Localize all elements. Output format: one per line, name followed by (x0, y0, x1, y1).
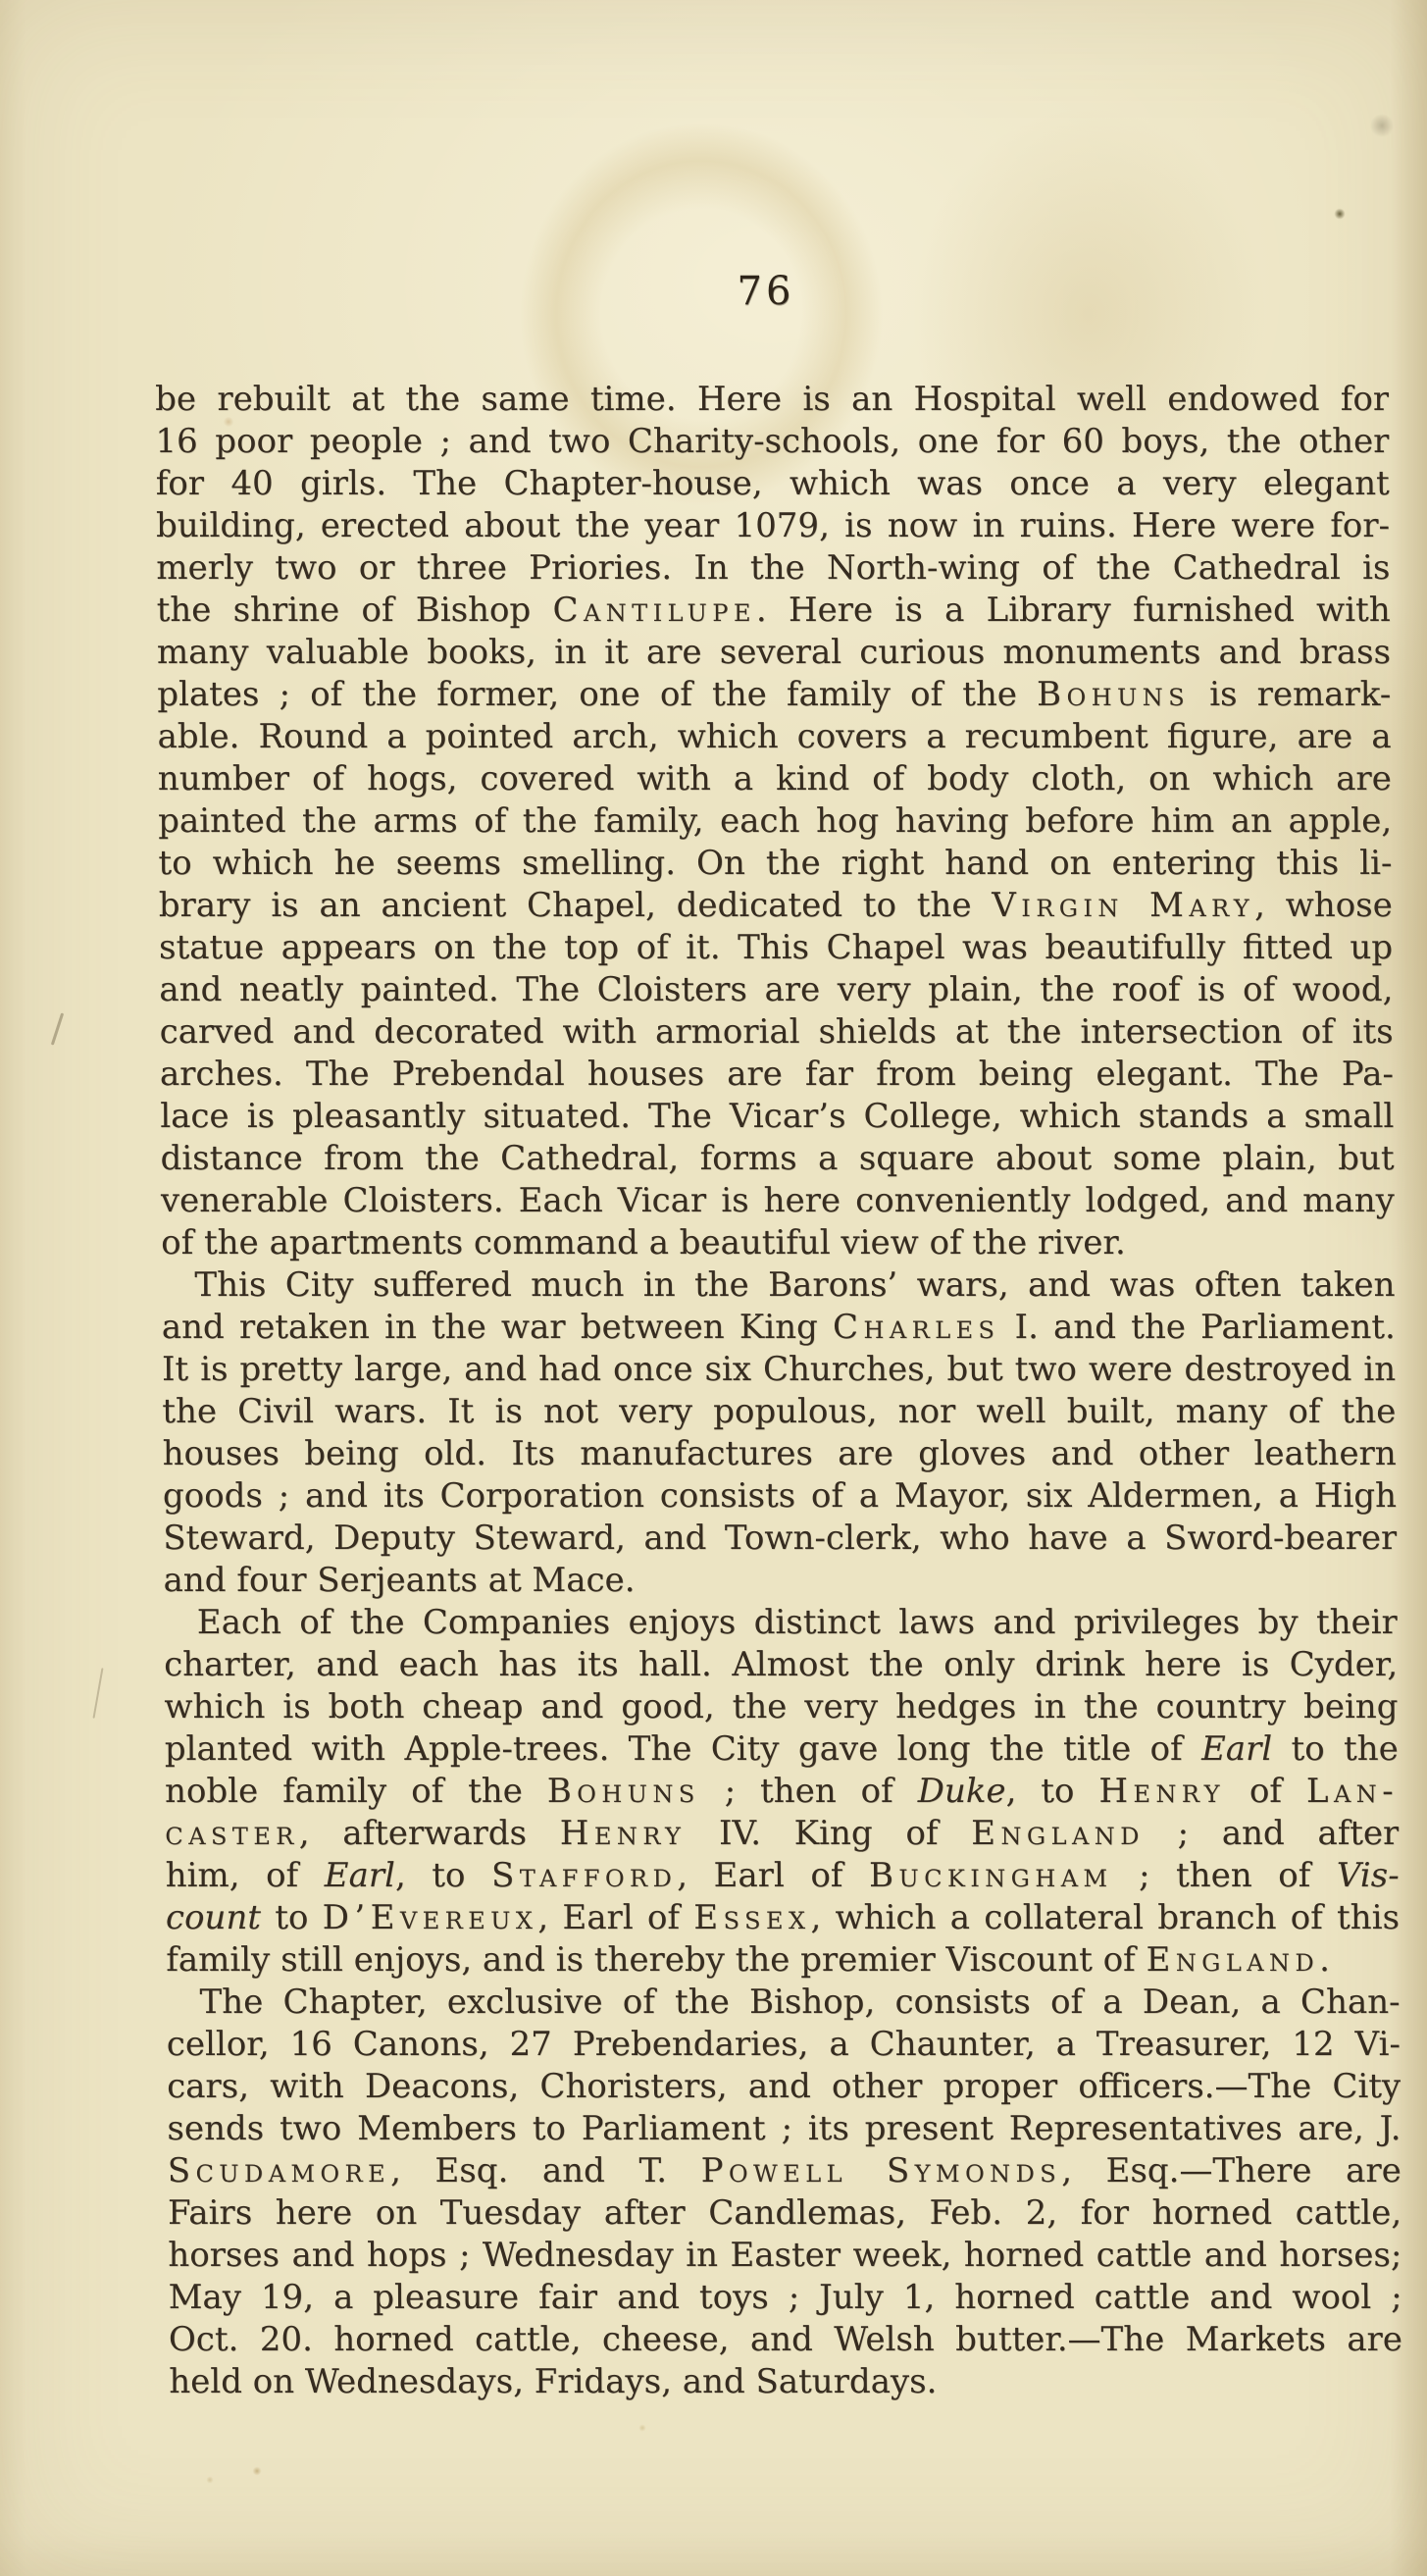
text-line: cars, with Deacons, Choristers, and othe… (167, 2066, 1401, 2108)
text-segment: houses being old. Its manufactures are g… (163, 1434, 1397, 1473)
text-line: Each of the Companies enjoys distinct la… (164, 1602, 1398, 1644)
italic-term: Earl (325, 1856, 395, 1895)
text-line: planted with Apple-trees. The City gave … (165, 1728, 1399, 1771)
text-segment: number of hogs, covered with a kind of b… (158, 759, 1392, 799)
text-line: and retaken in the war between King Char… (162, 1307, 1396, 1349)
italic-term: Duke (917, 1772, 1005, 1811)
small-caps-name: Bohuns (1037, 675, 1190, 714)
text-line: Oct. 20. horned cattle, cheese, and Wels… (169, 2319, 1402, 2361)
small-caps-name: Bohuns (547, 1772, 700, 1811)
text-segment: , to (395, 1856, 491, 1895)
text-segment: and retaken in the war between King (162, 1308, 834, 1347)
italic-term: Vis- (1337, 1856, 1400, 1895)
small-caps-name: Cantilupe (552, 591, 756, 630)
text-segment: for 40 girls. The Chapter-house, which w… (156, 464, 1390, 503)
text-segment: many valuable books, in it are several c… (157, 633, 1391, 672)
text-segment: merly two or three Priories. In the Nort… (156, 548, 1390, 588)
text-segment: painted the arms of the family, each hog… (158, 801, 1392, 841)
text-segment: , whose (1254, 886, 1393, 925)
text-segment: which is both cheap and good, the very h… (164, 1687, 1398, 1726)
text-segment: brary is an ancient Chapel, dedicated to… (159, 886, 993, 925)
text-segment: planted with Apple-trees. The City gave … (165, 1729, 1202, 1769)
small-caps-name: England (971, 1814, 1145, 1853)
text-line: to which he seems smelling. On the right… (158, 843, 1392, 885)
text-segment: distance from the Cathedral, forms a squ… (160, 1139, 1394, 1178)
page-number: 76 (727, 269, 805, 314)
text-line: building, erected about the year 1079, i… (156, 505, 1390, 547)
text-segment: May 19, a pleasure fair and toys ; July … (169, 2278, 1402, 2317)
text-segment: goods ; and its Corporation consists of … (163, 1476, 1397, 1516)
text-segment: , which a collateral branch of this (810, 1898, 1400, 1937)
small-caps-name: Charles (833, 1308, 1000, 1347)
text-line: This City suffered much in the Barons’ w… (161, 1264, 1395, 1307)
text-line: noble family of the Bohuns ; then of Duk… (165, 1771, 1399, 1813)
text-line: count to D’Evereux, Earl of Essex, which… (166, 1897, 1400, 1939)
text-line: the Civil wars. It is not very populous,… (162, 1391, 1396, 1433)
text-segment: . (1319, 1940, 1330, 1980)
text-segment: ; then of (700, 1772, 918, 1811)
text-segment: to the (1272, 1729, 1399, 1769)
italic-term: count (166, 1898, 261, 1937)
text-segment: horses and hops ; Wednesday in Easter we… (168, 2236, 1402, 2275)
text-segment: and four Serjeants at Mace. (163, 1561, 635, 1600)
text-line: brary is an ancient Chapel, dedicated to… (159, 885, 1393, 927)
text-segment: venerable Cloisters. Each Vicar is here … (161, 1181, 1395, 1220)
text-segment: Steward, Deputy Steward, and Town-clerk,… (163, 1519, 1397, 1558)
text-segment: to (261, 1898, 323, 1937)
text-line: 16 poor people ; and two Charity-schools… (155, 421, 1389, 463)
text-line: horses and hops ; Wednesday in Easter we… (168, 2235, 1402, 2277)
text-segment: , Esq. and T. (390, 2151, 701, 2190)
italic-term: Earl (1201, 1729, 1272, 1769)
small-caps-name: Henry (560, 1814, 687, 1853)
small-caps-name: D’Evereux (323, 1898, 538, 1937)
text-line: lace is pleasantly situated. The Vicar’s… (160, 1096, 1394, 1138)
text-line: and neatly painted. The Cloisters are ve… (159, 969, 1393, 1011)
small-caps-name: Stafford (491, 1856, 677, 1895)
text-line: distance from the Cathedral, forms a squ… (160, 1138, 1394, 1180)
text-line: many valuable books, in it are several c… (157, 632, 1391, 674)
text-line: venerable Cloisters. Each Vicar is here … (161, 1180, 1395, 1222)
text-line: which is both cheap and good, the very h… (164, 1686, 1398, 1728)
text-segment: the Civil wars. It is not very populous,… (162, 1392, 1396, 1431)
small-caps-name: caster (165, 1814, 299, 1853)
text-segment: cars, with Deacons, Choristers, and othe… (167, 2067, 1401, 2106)
text-segment: Each of the Companies enjoys distinct la… (197, 1603, 1398, 1642)
text-segment: him, of (166, 1856, 325, 1895)
text-line: Scudamore, Esq. and T. Powell Symonds, E… (168, 2150, 1402, 2192)
text-line: the shrine of Bishop Cantilupe. Here is … (157, 590, 1391, 632)
text-segment: , Earl of (537, 1898, 693, 1937)
text-segment: carved and decorated with armorial shiel… (160, 1012, 1394, 1052)
text-line: Fairs here on Tuesday after Candlemas, F… (168, 2192, 1402, 2235)
text-line: charter, and each has its hall. Almost t… (164, 1644, 1398, 1686)
text-segment: It is pretty large, and had once six Chu… (162, 1350, 1396, 1389)
paper-mark (93, 1668, 104, 1719)
small-caps-name: Buckingham (869, 1856, 1113, 1895)
text-line: statue appears on the top of it. This Ch… (159, 927, 1393, 969)
text-segment: . Here is a Library furnished with (756, 591, 1391, 630)
small-caps-name: Essex (693, 1898, 810, 1937)
small-caps-name: Powell Symonds (700, 2151, 1061, 2190)
small-caps-name: Scudamore (168, 2151, 391, 2190)
text-line: goods ; and its Corporation consists of … (163, 1475, 1397, 1518)
text-segment: IV. King of (686, 1814, 971, 1853)
text-segment: charter, and each has its hall. Almost t… (164, 1645, 1398, 1684)
text-segment: the shrine of Bishop (157, 591, 553, 630)
text-segment: family still enjoys, and is thereby the … (166, 1940, 1147, 1980)
text-line: be rebuilt at the same time. Here is an … (155, 379, 1389, 421)
small-caps-name: Lan- (1306, 1772, 1399, 1811)
text-line: able. Round a pointed arch, which covers… (157, 716, 1391, 758)
text-segment: building, erected about the year 1079, i… (156, 506, 1390, 545)
text-segment: be rebuilt at the same time. Here is an … (155, 380, 1389, 419)
text-segment: lace is pleasantly situated. The Vicar’s… (160, 1097, 1394, 1136)
text-line: Steward, Deputy Steward, and Town-clerk,… (163, 1518, 1397, 1560)
text-segment: , Esq.—There are (1061, 2151, 1402, 2190)
text-line: merly two or three Priories. In the Nort… (156, 547, 1390, 590)
text-line: for 40 girls. The Chapter-house, which w… (156, 463, 1390, 505)
text-segment: arches. The Prebendal houses are far fro… (160, 1055, 1394, 1094)
text-segment: ; and after (1145, 1814, 1400, 1853)
text-line: painted the arms of the family, each hog… (158, 800, 1392, 843)
text-line: family still enjoys, and is thereby the … (166, 1939, 1400, 1982)
text-segment: able. Round a pointed arch, which covers… (157, 717, 1391, 756)
text-segment: and neatly painted. The Cloisters are ve… (159, 970, 1393, 1009)
text-segment: The Chapter, exclusive of the Bishop, co… (199, 1983, 1400, 2022)
text-segment: to which he seems smelling. On the right… (158, 844, 1392, 883)
text-line: The Chapter, exclusive of the Bishop, co… (166, 1982, 1400, 2024)
scanned-book-page: 76 be rebuilt at the same time. Here is … (0, 0, 1427, 2576)
text-segment: I. and the Parliament. (999, 1308, 1396, 1347)
text-line: caster, afterwards Henry IV. King of Eng… (165, 1813, 1399, 1855)
text-line: arches. The Prebendal houses are far fro… (160, 1054, 1394, 1096)
text-segment: , Earl of (677, 1856, 869, 1895)
text-segment: ; then of (1112, 1856, 1337, 1895)
text-line: cellor, 16 Canons, 27 Prebendaries, a Ch… (167, 2024, 1401, 2066)
text-segment: sends two Members to Parliament ; its pr… (167, 2109, 1401, 2148)
page-text-block: be rebuilt at the same time. Here is an … (155, 379, 1402, 2403)
text-line: and four Serjeants at Mace. (163, 1560, 1397, 1602)
text-segment: This City suffered much in the Barons’ w… (194, 1265, 1395, 1305)
text-segment: 16 poor people ; and two Charity-schools… (155, 422, 1389, 461)
text-line: carved and decorated with armorial shiel… (160, 1011, 1394, 1054)
text-segment: Fairs here on Tuesday after Candlemas, F… (168, 2193, 1402, 2233)
text-segment: , to (1005, 1772, 1098, 1811)
text-segment: cellor, 16 Canons, 27 Prebendaries, a Ch… (167, 2025, 1401, 2064)
text-segment: noble family of the (165, 1772, 547, 1811)
text-segment: of the apartments command a beautiful vi… (161, 1223, 1126, 1262)
small-caps-name: Virgin Mary (992, 886, 1254, 925)
text-line: May 19, a pleasure fair and toys ; July … (169, 2277, 1402, 2319)
text-segment: , afterwards (299, 1814, 560, 1853)
text-segment: Oct. 20. horned cattle, cheese, and Wels… (169, 2320, 1402, 2359)
text-segment: of (1225, 1772, 1306, 1811)
text-segment: is remark- (1190, 675, 1392, 714)
text-line: sends two Members to Parliament ; its pr… (167, 2108, 1401, 2150)
small-caps-name: Henry (1098, 1772, 1225, 1811)
text-segment: statue appears on the top of it. This Ch… (159, 928, 1393, 967)
small-caps-name: England (1146, 1940, 1319, 1980)
text-line: held on Wednesdays, Fridays, and Saturda… (169, 2361, 1402, 2403)
text-segment: held on Wednesdays, Fridays, and Saturda… (169, 2362, 937, 2401)
text-line: of the apartments command a beautiful vi… (161, 1222, 1395, 1264)
paper-mark (51, 1012, 64, 1045)
text-line: It is pretty large, and had once six Chu… (162, 1349, 1396, 1391)
text-line: him, of Earl, to Stafford, Earl of Bucki… (166, 1855, 1400, 1897)
text-line: houses being old. Its manufactures are g… (163, 1433, 1397, 1475)
text-segment: plates ; of the former, one of the famil… (157, 675, 1037, 714)
text-line: number of hogs, covered with a kind of b… (158, 758, 1392, 800)
text-line: plates ; of the former, one of the famil… (157, 674, 1391, 716)
